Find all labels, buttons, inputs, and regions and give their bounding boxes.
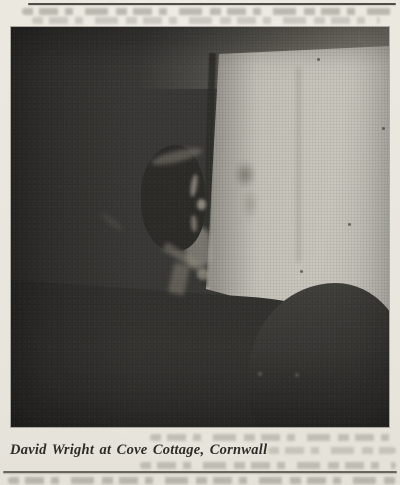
collar-highlight	[168, 263, 190, 296]
bottom-rule	[3, 471, 397, 473]
ghost-text-bleedthrough	[150, 434, 396, 441]
hand-highlight	[197, 269, 210, 280]
book-page: David Wright at Cove Cottage, Cornwall	[0, 0, 400, 485]
ghost-text-bleedthrough	[140, 462, 396, 469]
ghost-text-bleedthrough	[32, 17, 380, 24]
shadow-speck	[258, 372, 262, 376]
background-streak	[100, 212, 124, 233]
canvas-speck	[348, 223, 351, 226]
top-rule	[28, 3, 396, 5]
nose-highlight	[197, 199, 206, 210]
shadow-speck	[295, 373, 299, 377]
ghost-text-bleedthrough	[268, 447, 396, 454]
canvas-speck	[382, 127, 385, 130]
canvas-head-sketch	[228, 155, 266, 225]
canvas-speck	[317, 58, 320, 61]
ghost-text-bleedthrough	[8, 477, 396, 484]
photo-david-wright	[11, 27, 389, 427]
ghost-text-bleedthrough	[22, 8, 392, 15]
canvas-speck	[300, 270, 303, 273]
canvas-seam	[297, 67, 300, 262]
